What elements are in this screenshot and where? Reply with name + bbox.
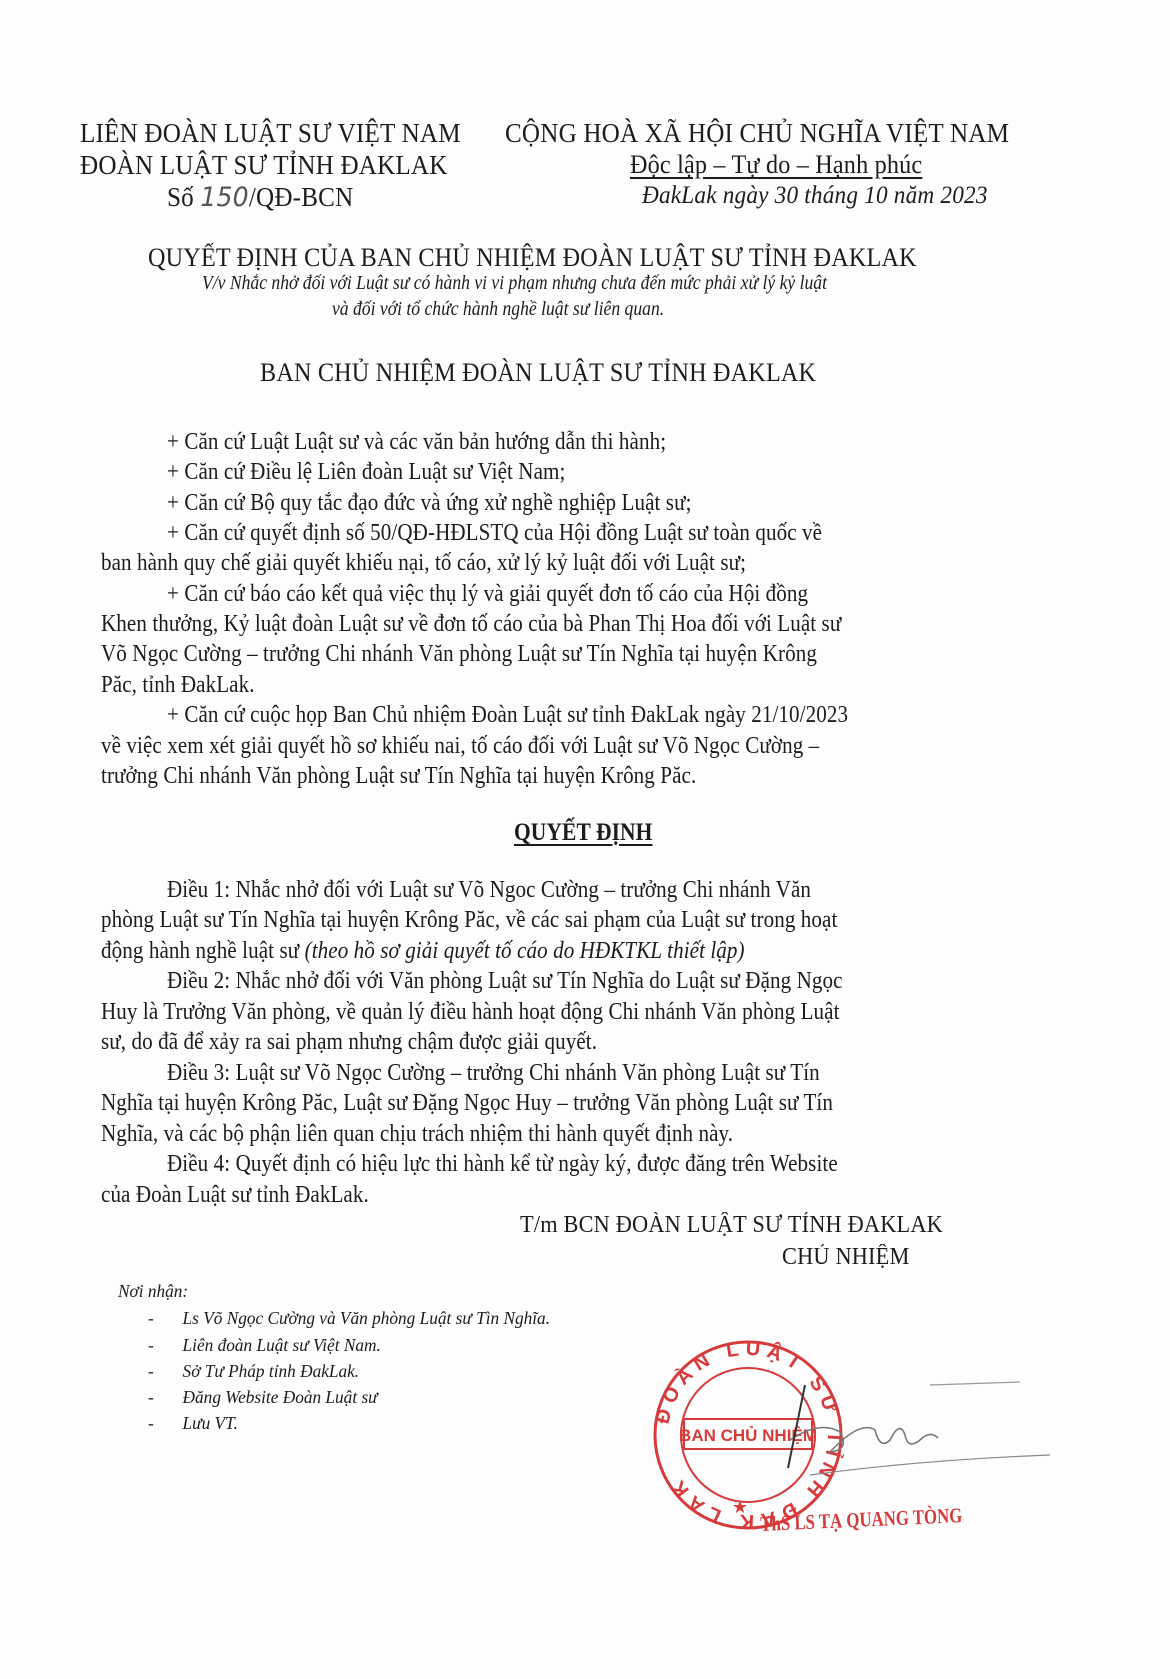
- nation-line-1: CỘNG HOÀ XÃ HỘI CHỦ NGHĨA VIỆT NAM: [505, 118, 1009, 149]
- basis-5-line-3: Võ Ngọc Cường – trưởng Chi nhánh Văn phò…: [101, 640, 817, 668]
- article-3-line-3: Nghĩa, và các bộ phận liên quan chịu trá…: [101, 1120, 733, 1148]
- recipient-item: -Đăng Website Đoàn Luật sư: [148, 1387, 378, 1408]
- recipient-text: Đăng Website Đoàn Luật sư: [183, 1387, 378, 1407]
- basis-6-line-2: về việc xem xét giải quyết hồ sơ khiếu n…: [101, 732, 819, 760]
- nation-motto: Độc lập – Tự do – Hạnh phúc: [630, 150, 922, 180]
- basis-4-line-1: + Căn cứ quyết định số 50/QĐ-HĐLSTQ của …: [167, 519, 822, 547]
- article-2-line-3: sư, do đã để xảy ra sai phạm nhưng chậm …: [101, 1028, 597, 1056]
- recipient-item: -Ls Võ Ngọc Cường và Văn phòng Luật sư T…: [148, 1308, 550, 1329]
- recipient-item: -Lưu VT.: [148, 1413, 238, 1434]
- basis-1: + Căn cứ Luật Luật sư và các văn bản hướ…: [167, 428, 666, 456]
- basis-2: + Căn cứ Điều lệ Liên đoàn Luật sư Việt …: [167, 458, 565, 486]
- recipient-item: -Liên đoàn Luật sư Việt Nam.: [148, 1335, 381, 1356]
- place-date: ĐakLak ngày 30 tháng 10 năm 2023: [642, 182, 988, 210]
- article-4-line-2: của Đoàn Luật sư tỉnh ĐakLak.: [101, 1181, 369, 1209]
- recipient-text: Liên đoàn Luật sư Việt Nam.: [183, 1335, 381, 1355]
- article-1-line-1: Điều 1: Nhắc nhở đối với Luật sư Võ Ngoc…: [167, 876, 811, 904]
- article-3-line-1: Điều 3: Luật sư Võ Ngọc Cường – trưởng C…: [167, 1059, 820, 1087]
- basis-6-line-3: trưởng Chi nhánh Văn phòng Luật sư Tín N…: [101, 762, 696, 790]
- basis-6-line-1: + Căn cứ cuộc họp Ban Chủ nhiệm Đoàn Luậ…: [167, 701, 848, 729]
- article-2-line-1: Điều 2: Nhắc nhở đối với Văn phòng Luật …: [167, 967, 843, 995]
- article-3-line-2: Nghĩa tại huyện Krông Păc, Luật sư Đặng …: [101, 1089, 833, 1117]
- article-1-line-3: động hành nghề luật sư (theo hồ sơ giải …: [101, 937, 745, 965]
- recipients-label: Nơi nhận:: [118, 1281, 188, 1302]
- article-1-note: (theo hồ sơ giải quyết tố cáo do HĐKTKL …: [305, 937, 745, 964]
- issuing-authority: BAN CHỦ NHIỆM ĐOÀN LUẬT SƯ TỈNH ĐAKLAK: [260, 358, 816, 388]
- number-suffix: /QĐ-BCN: [249, 182, 354, 212]
- document-number: Số 150/QĐ-BCN: [167, 182, 353, 213]
- basis-3: + Căn cứ Bộ quy tắc đạo đức và ứng xử ng…: [167, 489, 692, 517]
- number-prefix: Số: [167, 182, 194, 212]
- decision-title: QUYẾT ĐỊNH CỦA BAN CHỦ NHIỆM ĐOÀN LUẬT S…: [148, 243, 917, 273]
- org-line-2: ĐOÀN LUẬT SƯ TỈNH ĐAKLAK: [80, 150, 448, 181]
- recipient-item: -Sở Tư Pháp tỉnh ĐakLak.: [148, 1361, 359, 1382]
- basis-5-line-2: Khen thưởng, Kỷ luật đoàn Luật sư về đơn…: [101, 610, 841, 638]
- handwritten-signature: [780, 1380, 1060, 1500]
- recipient-text: Sở Tư Pháp tỉnh ĐakLak.: [183, 1361, 360, 1381]
- article-2-line-2: Huy là Trưởng Văn phòng, về quản lý điều…: [101, 998, 840, 1026]
- signature-scribble-icon: [780, 1380, 1060, 1500]
- article-1-line-2: phòng Luật sư Tín Nghĩa tại huyện Krông …: [101, 906, 837, 934]
- article-4-line-1: Điều 4: Quyết định có hiệu lực thi hành …: [167, 1150, 838, 1178]
- recipient-text: Ls Võ Ngọc Cường và Văn phòng Luật sư Tì…: [183, 1308, 550, 1328]
- basis-5-line-1: + Căn cứ báo cáo kết quả việc thụ lý và …: [167, 580, 808, 608]
- article-1-text: động hành nghề luật sư: [101, 937, 305, 964]
- basis-4-line-2: ban hành quy chế giải quyết khiếu nại, t…: [101, 549, 746, 577]
- signature-role: CHỦ NHIỆM: [782, 1244, 910, 1271]
- decision-heading: QUYẾT ĐỊNH: [514, 819, 652, 847]
- number-handwritten: 150: [200, 182, 248, 213]
- signature-on-behalf: T/m BCN ĐOÀN LUẬT SƯ TỈNH ĐAKLAK: [520, 1212, 943, 1239]
- recipient-text: Lưu VT.: [183, 1413, 238, 1433]
- svg-text:★: ★: [732, 1497, 748, 1518]
- subject-line-2: và đối với tổ chức hành nghề luật sư liê…: [332, 298, 664, 321]
- subject-line-1: V/v Nhắc nhở đối với Luật sư có hành vi …: [202, 272, 827, 295]
- org-line-1: LIÊN ĐOÀN LUẬT SƯ VIỆT NAM: [80, 118, 461, 149]
- basis-5-line-4: Păc, tỉnh ĐakLak.: [101, 671, 255, 699]
